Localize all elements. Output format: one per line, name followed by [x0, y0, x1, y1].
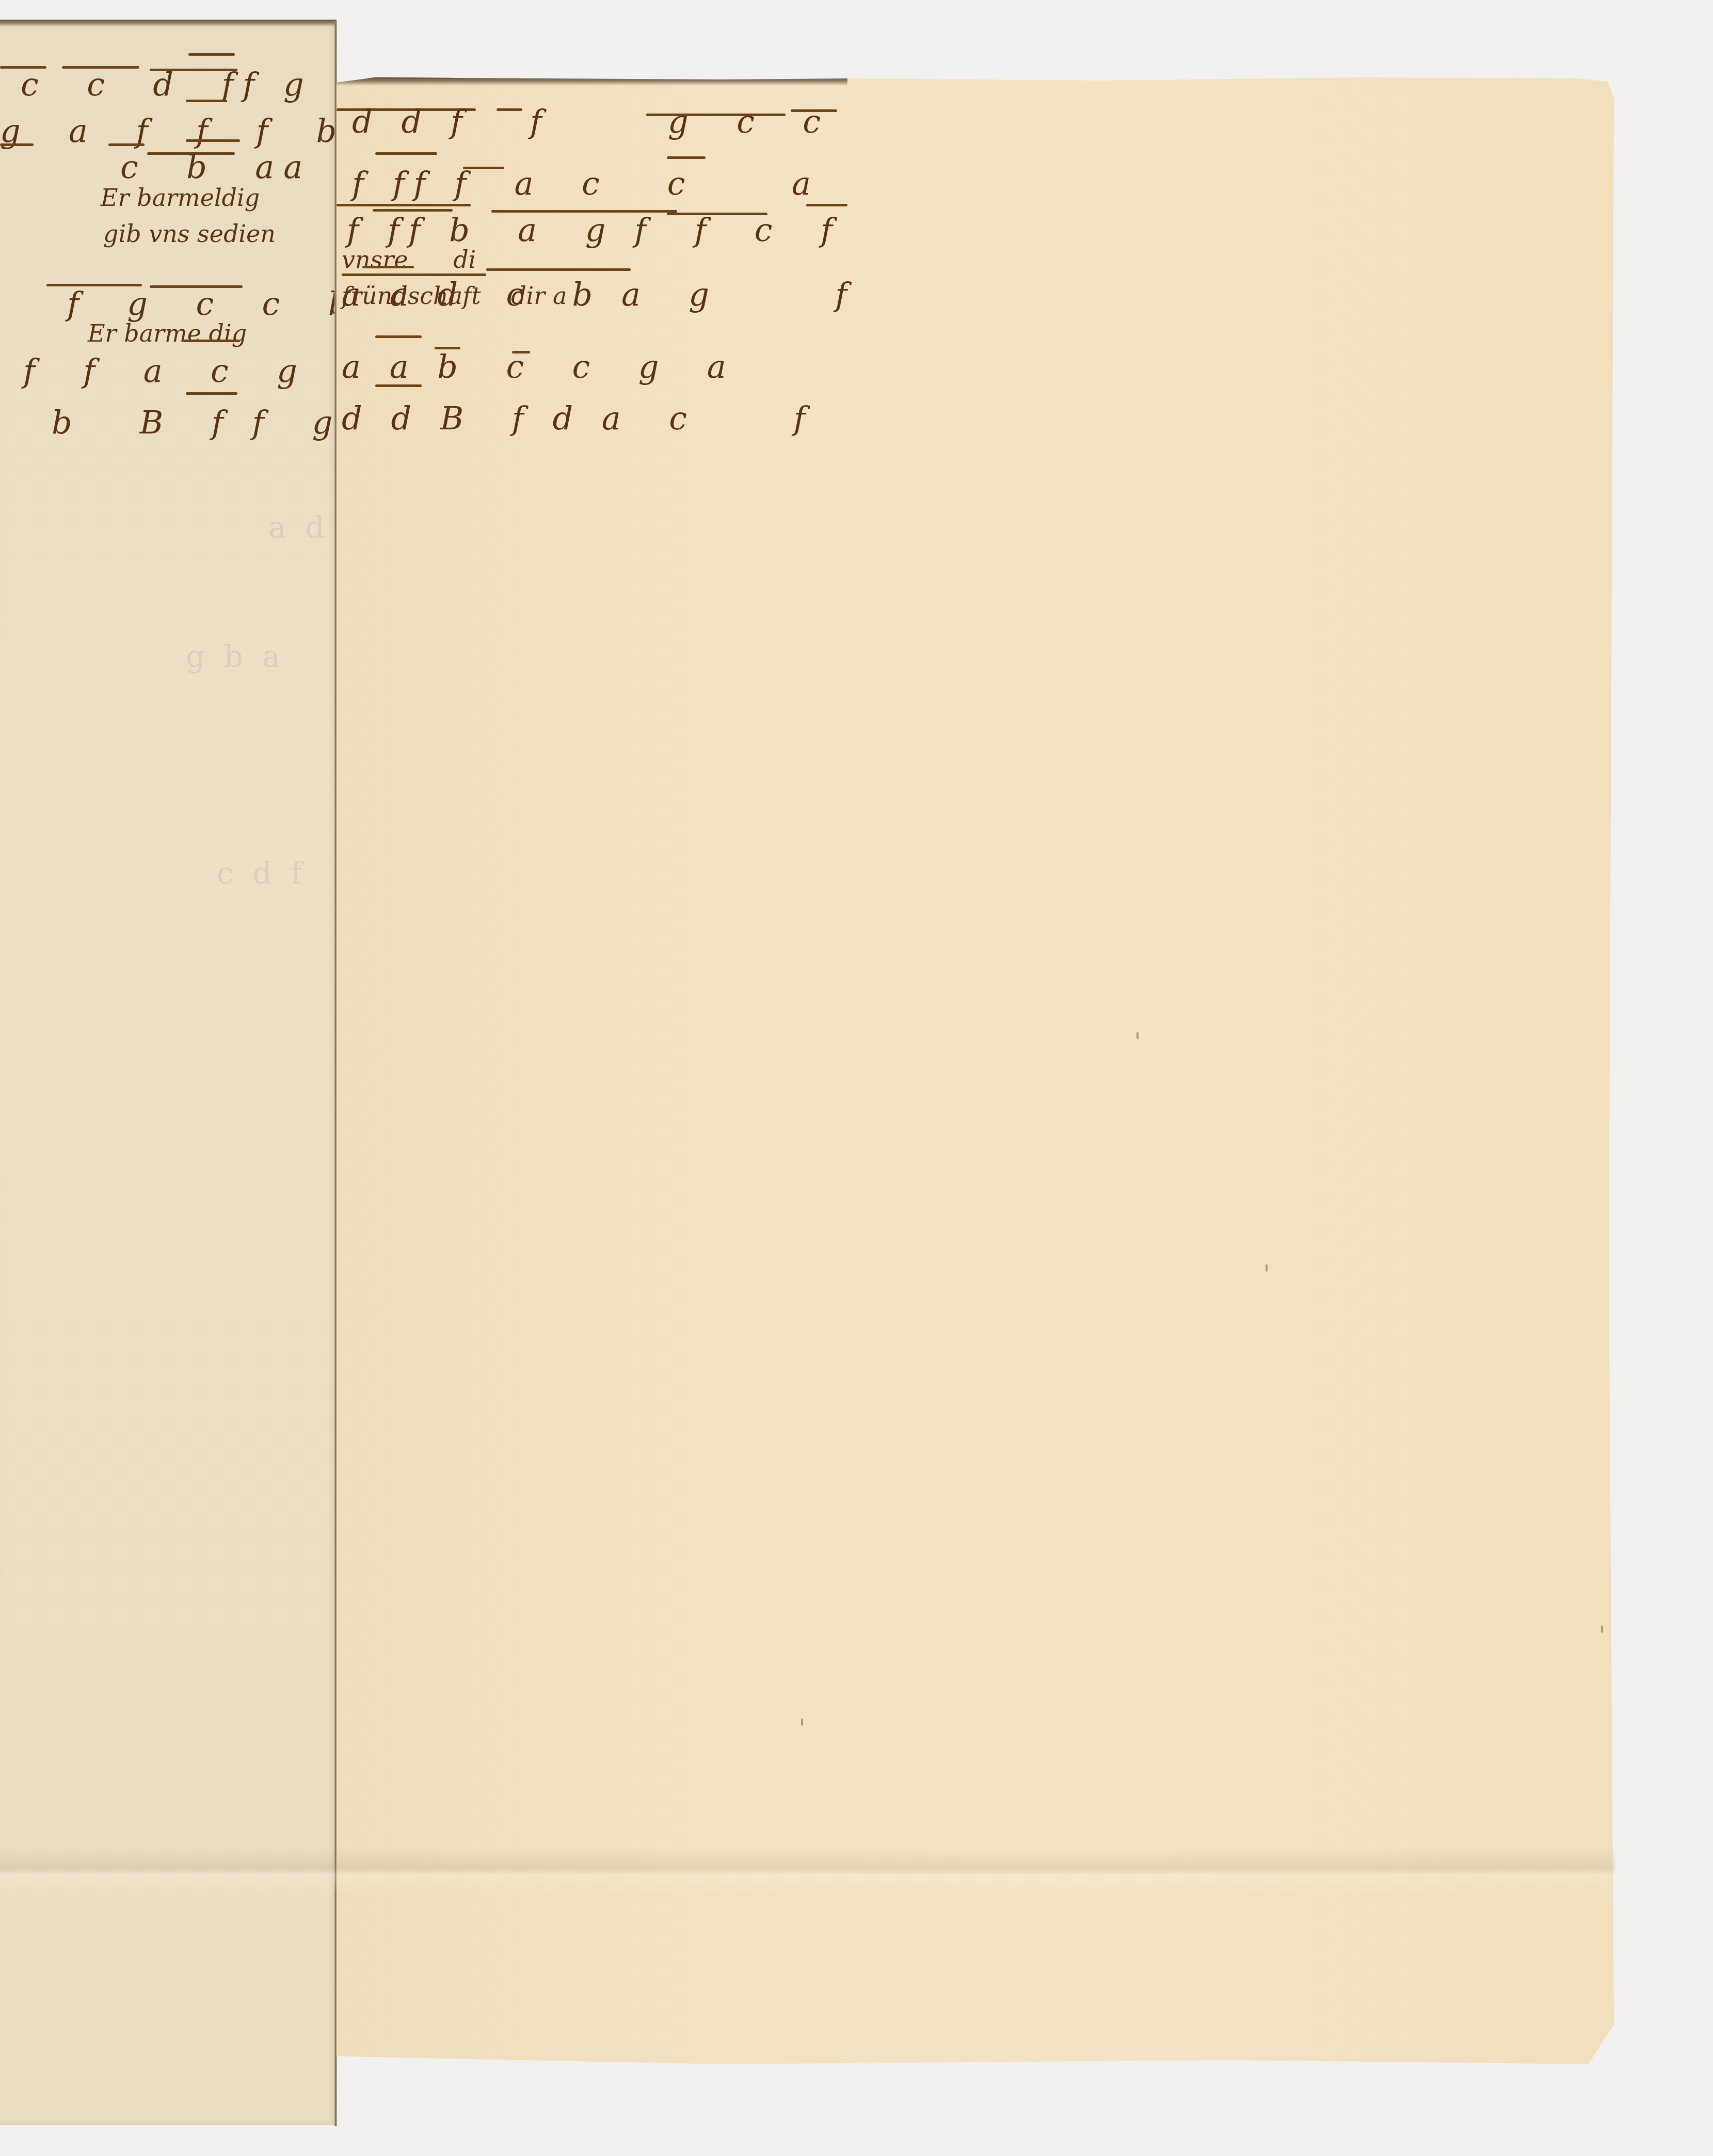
bleed-through-text: c d f: [217, 856, 302, 891]
tab-row: g a f f f b: [0, 115, 346, 147]
bleed-through-text: g b a: [186, 639, 280, 674]
right-page: d d f f g c c f ff f a c c a f ff b a g …: [337, 77, 1614, 2064]
tab-row: f ff f a c c a: [352, 168, 820, 200]
paper-fleck: [1601, 1626, 1603, 1633]
tab-row: c c d ff g: [21, 69, 313, 101]
right-page-top-edge: [337, 77, 847, 86]
paper-fleck: [801, 1718, 803, 1726]
tab-beam: [375, 384, 422, 387]
tab-beam: [337, 204, 471, 206]
tab-row: f ff b a g f f c f: [347, 214, 842, 246]
tab-beam: [188, 53, 235, 56]
tab-beam: [186, 139, 240, 142]
tab-beam: [365, 76, 455, 78]
tab-row: a a b c c g a: [342, 351, 735, 383]
tab-beam: [375, 152, 437, 155]
tab-beam: [0, 143, 34, 146]
tab-beam: [108, 143, 145, 146]
tab-row: a a d c b a g f: [342, 279, 856, 311]
tab-row: c b aa g: [62, 151, 380, 183]
tab-beam: [186, 392, 237, 395]
left-page: c c d ff g g a f f f b c b aa g Er barme…: [0, 20, 337, 2125]
paper-fleck: [1136, 1032, 1139, 1039]
tab-row: b B f f g: [52, 407, 342, 439]
paper-fleck: [1266, 1264, 1268, 1272]
lyric-line: gib vns sedien: [103, 222, 276, 246]
left-page-top-edge: [0, 20, 337, 27]
tab-row: f f a c g: [23, 355, 307, 387]
tab-row: d d f f g c c: [352, 106, 830, 138]
tab-beam: [186, 100, 227, 102]
tab-beam: [667, 156, 706, 159]
tab-beam: [806, 204, 847, 206]
tab-beam: [362, 266, 414, 268]
tab-row: f g c c b: [67, 288, 358, 320]
tab-beam: [183, 340, 240, 342]
horizontal-crease: [0, 1847, 1615, 1894]
tab-beam: [486, 268, 631, 271]
tab-beam: [375, 335, 422, 338]
lyric-line: Er barmeldig: [101, 186, 260, 210]
tab-row: d d B f d a c f: [342, 403, 814, 435]
